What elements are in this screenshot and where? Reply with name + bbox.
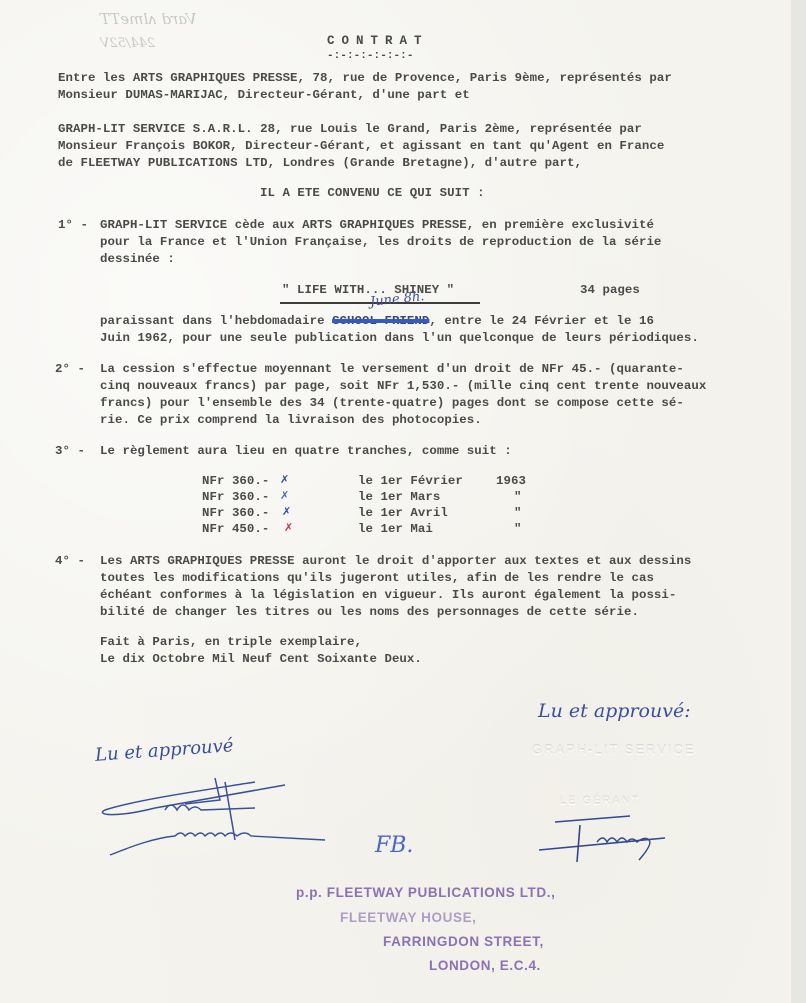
right-approval-note: Lu et approuvé: — [538, 700, 691, 722]
clause-2-line-2: cinq nouveaux francs) par page, soit NFr… — [100, 378, 706, 394]
clause-1-text-before: paraissant dans l'hebdomadaire — [100, 314, 332, 328]
clause-4-line-1: Les ARTS GRAPHIQUES PRESSE auront le dro… — [100, 553, 691, 569]
contract-page: Vard ʌlmeTT 244/52V CONTRAT -:-:-:-:-:-:… — [0, 0, 791, 1003]
check-mark-icon: ✗ — [280, 489, 289, 502]
clause-4-line-4: bilité de changer les titres ou les noms… — [100, 604, 639, 620]
clause-1-number: 1° - — [58, 217, 88, 233]
pencil-note-1: Vard ʌlmeTT — [100, 10, 197, 28]
check-mark-icon: ✗ — [284, 521, 293, 534]
closing-line-1: Fait à Paris, en triple exemplaire, — [100, 634, 362, 650]
clause-2-line-4: rie. Ce prix comprend la livraison des p… — [100, 412, 482, 428]
clause-1-line-1: GRAPH-LIT SERVICE cède aux ARTS GRAPHIQU… — [100, 217, 654, 233]
clause-3-intro: Le règlement aura lieu en quatre tranche… — [100, 443, 512, 459]
clause-2-line-3: francs) pour l'ensemble des 34 (trente-q… — [100, 395, 684, 411]
left-approval-note: Lu et approuvé — [94, 735, 234, 766]
series-title: " LIFE WITH... SHINEY " — [282, 282, 454, 298]
pencil-note-2: 244/52V — [100, 36, 155, 51]
document-title: CONTRAT — [327, 33, 429, 49]
clause-2-line-1: La cession s'effectue moyennant le verse… — [100, 361, 684, 377]
clause-1-line-3: dessinée : — [100, 251, 175, 267]
payment-amount: NFr 450.- — [202, 521, 269, 537]
payment-amount: NFr 360.- — [202, 473, 269, 489]
clause-3-number: 3° - — [55, 443, 85, 459]
page-edge — [791, 0, 806, 1003]
clause-2-number: 2° - — [55, 361, 85, 377]
clause-4-line-3: échéant conformes à la législation en vi… — [100, 587, 676, 603]
payment-year: " — [514, 489, 522, 505]
payment-amount: NFr 360.- — [202, 505, 269, 521]
stamp-line-4: LONDON, E.C.4. — [429, 958, 541, 973]
clause-1-line-last: Juin 1962, pour une seule publication da… — [100, 330, 699, 346]
payment-amount: NFr 360.- — [202, 489, 269, 505]
payment-date: le 1er Avril — [358, 505, 448, 521]
stamp-line-1: p.p. FLEETWAY PUBLICATIONS LTD., — [296, 885, 555, 900]
stamp-line-2: FLEETWAY HOUSE, — [340, 910, 477, 925]
payment-date: le 1er Mars — [358, 489, 440, 505]
left-signature — [95, 770, 355, 860]
check-mark-icon: ✗ — [280, 473, 289, 486]
check-mark-icon: ✗ — [282, 505, 291, 518]
payment-date: le 1er Mai — [358, 521, 433, 537]
agreed-heading: IL A ETE CONVENU CE QUI SUIT : — [260, 185, 485, 201]
payment-date: le 1er Février — [358, 473, 463, 489]
right-signature — [535, 810, 715, 870]
party-first-line-1: Entre les ARTS GRAPHIQUES PRESSE, 78, ru… — [58, 70, 672, 86]
party-second-line-3: de FLEETWAY PUBLICATIONS LTD, Londres (G… — [58, 155, 582, 171]
stamp-line-3: FARRINGDON STREET, — [383, 934, 544, 949]
series-pages: 34 pages — [580, 282, 640, 298]
clause-1-text-after: , entre le 24 Février et le 16 — [429, 314, 654, 328]
embossed-title: LE GÉRANT — [560, 795, 640, 807]
payment-year: 1963 — [496, 473, 526, 489]
party-first-line-2: Monsieur DUMAS-MARIJAC, Directeur-Gérant… — [58, 87, 470, 103]
title-rule: -:-:-:-:-:-:- — [327, 48, 413, 64]
payment-year: " — [514, 505, 522, 521]
struck-magazine-name: SCHOOL FRIEND — [332, 314, 429, 328]
clause-1-publication-line: paraissant dans l'hebdomadaire SCHOOL FR… — [100, 313, 654, 329]
closing-line-2: Le dix Octobre Mil Neuf Cent Soixante De… — [100, 651, 422, 667]
center-initials: FB. — [375, 833, 413, 858]
embossed-company-name: GRAPH-LIT SERVICE — [532, 742, 696, 757]
party-second-line-2: Monsieur François BOKOR, Directeur-Géran… — [58, 138, 664, 154]
party-second-line-1: GRAPH-LIT SERVICE S.A.R.L. 28, rue Louis… — [58, 121, 642, 137]
clause-4-number: 4° - — [55, 553, 85, 569]
payment-year: " — [514, 521, 522, 537]
clause-4-line-2: toutes les modifications qu'ils jugeront… — [100, 570, 654, 586]
clause-1-line-2: pour la France et l'Union Française, les… — [100, 234, 661, 250]
